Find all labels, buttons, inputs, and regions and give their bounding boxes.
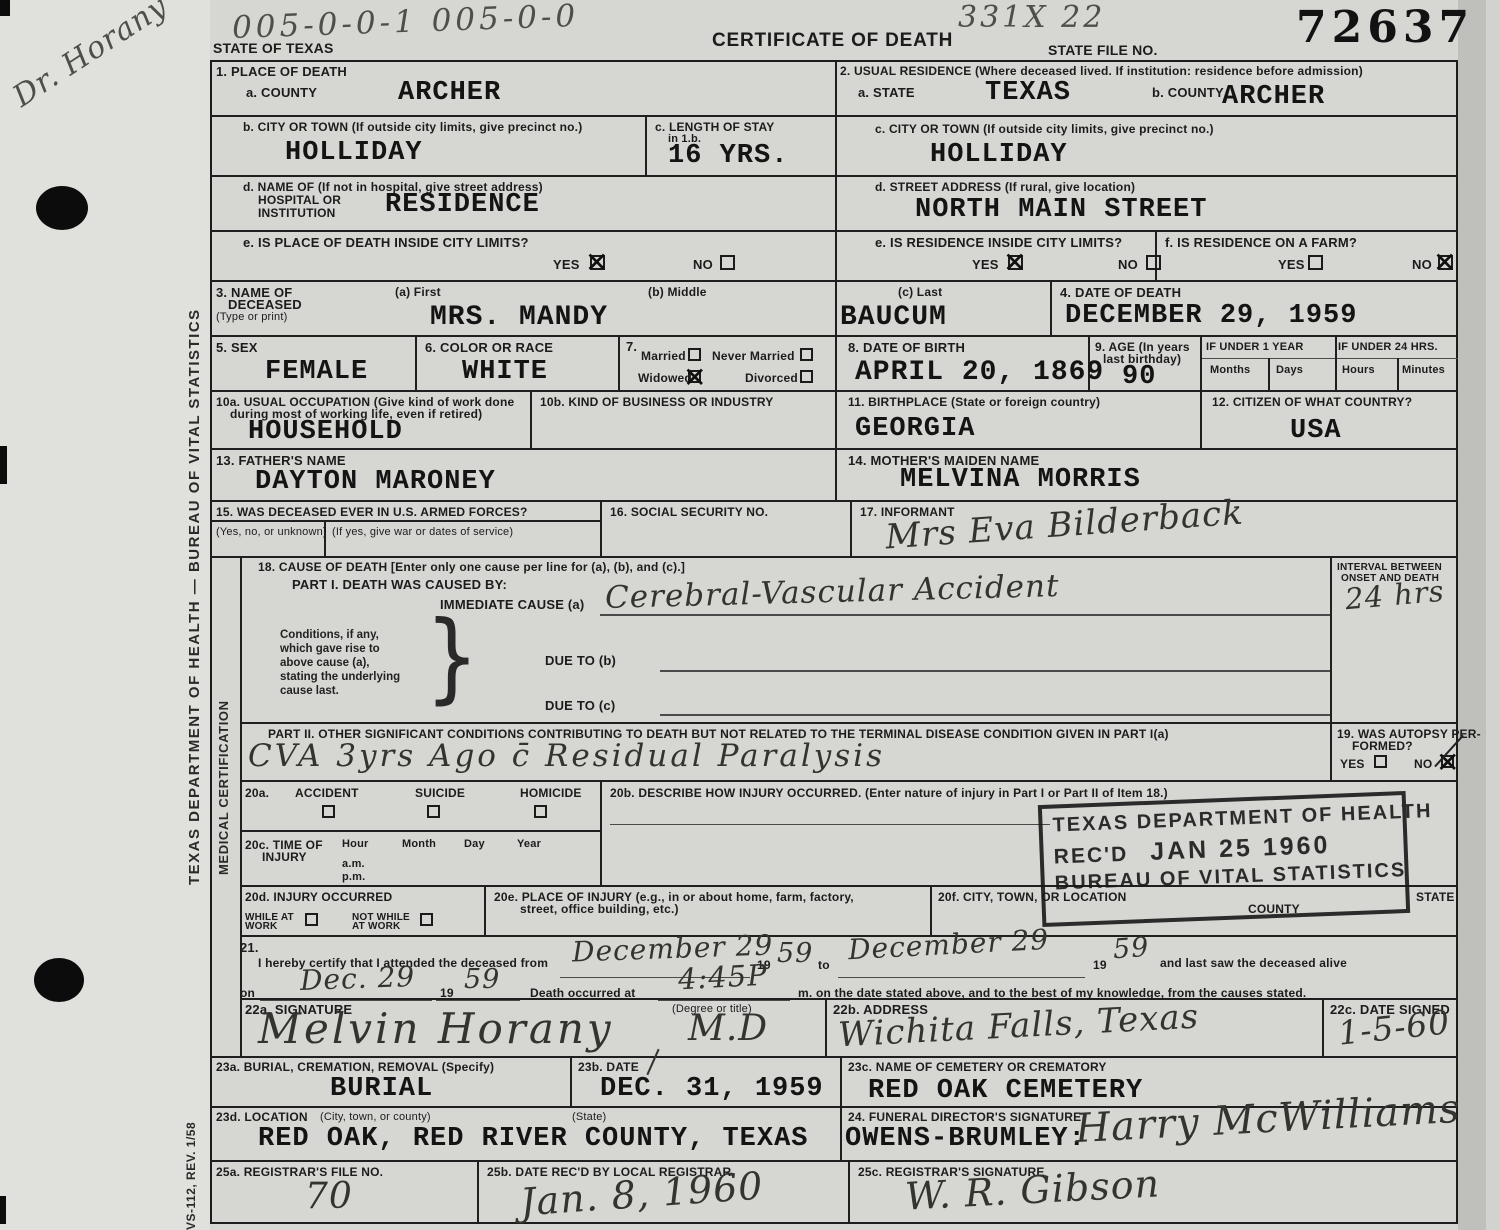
homicide-label: HOMICIDE <box>520 786 582 800</box>
state-column-label: STATE <box>1416 890 1455 904</box>
death-limits-yes-checkbox <box>590 255 605 270</box>
last-name-label: (c) Last <box>898 285 942 299</box>
form-code: VS-112, REV. 1/58 <box>184 1090 198 1230</box>
yes-label: YES <box>972 257 999 272</box>
burial-value: BURIAL <box>330 1074 433 1104</box>
street-label: d. STREET ADDRESS (If rural, give locati… <box>875 180 1135 194</box>
no-label: NO <box>1414 757 1432 771</box>
hospital-value: RESIDENCE <box>385 190 540 220</box>
date-of-birth-label: 8. DATE OF BIRTH <box>848 340 965 355</box>
res-county-label: b. COUNTY <box>1152 85 1224 100</box>
res-city-value: HOLLIDAY <box>930 140 1068 170</box>
rule <box>210 175 1458 177</box>
rule <box>660 670 1330 672</box>
rule <box>210 500 1458 502</box>
days-label: Days <box>1276 364 1303 376</box>
farm-no-checkbox <box>1438 255 1453 270</box>
rule <box>210 1056 1458 1058</box>
place-of-death-label: 1. PLACE OF DEATH <box>216 64 347 79</box>
autopsy-label2: FORMED? <box>1352 739 1413 753</box>
item-20a-number: 20a. <box>245 786 269 800</box>
physician-signature: Melvin Horany <box>258 1004 614 1053</box>
state-file-no-label: STATE FILE NO. <box>1048 42 1158 58</box>
stamp-recd: REC'D <box>1053 843 1128 870</box>
rule <box>1397 358 1399 390</box>
race-label: 6. COLOR OR RACE <box>425 340 553 355</box>
accident-checkbox <box>322 805 335 818</box>
first-name-label: (a) First <box>395 285 441 299</box>
state-of-texas-label: STATE OF TEXAS <box>213 40 334 56</box>
months-label: Months <box>1210 364 1250 376</box>
cemetery-label: 23c. NAME OF CEMETERY OR CREMATORY <box>848 1060 1107 1074</box>
location-label: 23d. LOCATION <box>216 1110 308 1124</box>
time-of-injury-label2: INJURY <box>262 850 307 864</box>
rule <box>477 1160 479 1222</box>
item-21-number: 21. <box>240 940 259 955</box>
suicide-label: SUICIDE <box>415 786 465 800</box>
death-certificate-scan: Dr. Horany TEXAS DEPARTMENT OF HEALTH — … <box>0 0 1500 1230</box>
rule <box>1200 390 1202 448</box>
rule <box>210 390 1458 392</box>
left-vertical-agency-text: TEXAS DEPARTMENT OF HEALTH — BUREAU OF V… <box>186 195 203 885</box>
usual-residence-label: 2. USUAL RESIDENCE (Where deceased lived… <box>840 64 1363 78</box>
certify-text-3: m. on the date stated above, and to the … <box>798 986 1306 1000</box>
minutes-label: Minutes <box>1402 364 1445 376</box>
no-label: NO <box>1118 257 1138 272</box>
location-sub2: (State) <box>572 1111 606 1123</box>
to-word: to <box>818 958 830 972</box>
rule <box>1200 358 1458 359</box>
res-city-label: c. CITY OR TOWN (If outside city limits,… <box>875 122 1214 136</box>
certify-text-2: and last saw the deceased alive <box>1160 956 1347 970</box>
name-label3: (Type or print) <box>216 311 287 323</box>
medical-certification-vertical: MEDICAL CERTIFICATION <box>216 690 231 875</box>
year-2-value: 59 <box>1112 932 1150 965</box>
length-of-stay-value: 16 YRS. <box>668 141 788 171</box>
rule <box>240 830 602 832</box>
death-city-limits-label: e. IS PLACE OF DEATH INSIDE CITY LIMITS? <box>243 235 529 250</box>
hospital-label3: INSTITUTION <box>258 206 336 220</box>
yes-label: YES <box>1278 257 1305 272</box>
not-while-label2: AT WORK <box>352 921 400 932</box>
city-value: HOLLIDAY <box>285 138 423 168</box>
occupation-value: HOUSEHOLD <box>248 417 403 447</box>
armed-forces-sub1: (Yes, no, or unknown) <box>216 526 327 538</box>
conditions-note: Conditions, if any, which gave rise to a… <box>280 628 402 698</box>
rule <box>240 556 242 1056</box>
rule <box>210 115 1458 117</box>
res-limits-yes-checkbox <box>1008 255 1023 270</box>
industry-label: 10b. KIND OF BUSINESS OR INDUSTRY <box>540 395 774 409</box>
rule <box>838 977 1085 978</box>
scan-edge-mark <box>0 0 10 16</box>
under-24-hrs-label: IF UNDER 24 HRS. <box>1338 341 1438 353</box>
divorced-label: Divorced <box>745 371 798 385</box>
married-checkbox <box>688 348 701 361</box>
county-label: a. COUNTY <box>246 85 317 100</box>
scan-edge-mark <box>0 446 7 484</box>
stamp-date: JAN 25 1960 <box>1150 831 1331 867</box>
street-value: NORTH MAIN STREET <box>915 195 1207 225</box>
interval-label: INTERVAL BETWEEN <box>1337 562 1442 573</box>
registrar-file-value: 70 <box>305 1176 353 1217</box>
rule <box>1335 335 1337 390</box>
rule <box>210 280 1458 282</box>
date-of-death-label: 4. DATE OF DEATH <box>1060 285 1181 300</box>
rule <box>210 1160 1458 1162</box>
rule <box>600 500 602 556</box>
name-label2: DECEASED <box>228 297 302 312</box>
farm-yes-checkbox <box>1308 255 1323 270</box>
rule <box>1322 998 1324 1056</box>
res-county-value: ARCHER <box>1222 82 1325 112</box>
rule <box>210 556 1458 558</box>
pre-19-b: 19 <box>1093 958 1107 972</box>
sex-value: FEMALE <box>265 357 368 387</box>
citizen-label: 12. CITIZEN OF WHAT COUNTRY? <box>1212 395 1412 409</box>
part2-value: CVA 3yrs Ago c̄ Residual Paralysis <box>248 738 885 774</box>
last-name-value: BAUCUM <box>840 302 947 333</box>
handwritten-code-right: 331X 22 <box>958 0 1105 35</box>
rule <box>1268 358 1270 390</box>
burial-date-label: 23b. DATE <box>578 1060 639 1074</box>
armed-forces-label: 15. WAS DECEASED EVER IN U.S. ARMED FORC… <box>216 505 528 519</box>
location-sub1: (City, town, or county) <box>320 1111 431 1123</box>
rule <box>600 614 1330 616</box>
homicide-checkbox <box>534 805 547 818</box>
rule <box>484 885 486 935</box>
year-1-value: 59 <box>777 938 813 969</box>
death-occurred-at-label: Death occurred at <box>530 986 635 1000</box>
rule <box>850 500 852 556</box>
res-limits-label: e. IS RESIDENCE INSIDE CITY LIMITS? <box>875 235 1122 250</box>
certificate-title: CERTIFICATE OF DEATH <box>712 30 953 52</box>
father-label: 13. FATHER'S NAME <box>216 453 346 468</box>
death-limits-no-checkbox <box>720 255 735 270</box>
rule <box>1050 280 1052 335</box>
date-of-death-value: DECEMBER 29, 1959 <box>1065 301 1357 331</box>
am-label: a.m. <box>342 858 365 870</box>
suicide-checkbox <box>427 805 440 818</box>
rule <box>240 722 1458 724</box>
autopsy-yes-checkbox <box>1374 755 1387 768</box>
rule <box>1330 556 1332 780</box>
rule <box>825 998 827 1056</box>
degree-value: M.D <box>688 1008 768 1049</box>
not-while-checkbox <box>420 913 433 926</box>
while-at-work-checkbox <box>305 913 318 926</box>
rule <box>260 1000 432 1001</box>
father-value: DAYTON MARONEY <box>255 467 496 497</box>
rule <box>618 335 620 390</box>
no-label: NO <box>1412 257 1432 272</box>
marital-number: 7. <box>626 339 637 354</box>
rule <box>610 824 1050 825</box>
scan-edge-mark <box>0 1196 6 1224</box>
month-label: Month <box>402 838 436 850</box>
middle-name-label: (b) Middle <box>648 285 707 299</box>
describe-injury-label: 20b. DESCRIBE HOW INJURY OCCURRED. (Ente… <box>610 786 1168 800</box>
due-to-b-label: DUE TO (b) <box>545 653 616 668</box>
hours-label: Hours <box>1342 364 1375 376</box>
location-value: RED OAK, RED RIVER COUNTY, TEXAS <box>258 1124 808 1154</box>
while-at-work-label2: WORK <box>245 921 277 932</box>
rule <box>530 390 532 448</box>
ssn-label: 16. SOCIAL SECURITY NO. <box>610 505 768 519</box>
date-of-birth-value: APRIL 20, 1869 <box>855 357 1104 388</box>
burial-date-value: DEC. 31, 1959 <box>600 1074 824 1104</box>
never-married-checkbox <box>800 348 813 361</box>
yes-label: YES <box>1340 757 1365 771</box>
brace-glyph: } <box>425 601 479 715</box>
year-label: Year <box>517 838 541 850</box>
citizen-value: USA <box>1290 416 1342 446</box>
rule <box>645 115 647 175</box>
rule <box>240 780 1458 782</box>
registrar-file-label: 25a. REGISTRAR'S FILE NO. <box>216 1165 383 1179</box>
rule <box>660 714 1330 716</box>
rule <box>658 1000 790 1001</box>
burial-label: 23a. BURIAL, CREMATION, REMOVAL (Specify… <box>216 1060 494 1074</box>
rule <box>835 60 837 500</box>
cemetery-value: RED OAK CEMETERY <box>868 1076 1143 1106</box>
funeral-director-label: 24. FUNERAL DIRECTOR'S SIGNATURE <box>848 1110 1081 1124</box>
hour-label: Hour <box>342 838 368 850</box>
punch-hole <box>36 186 88 230</box>
due-to-c-label: DUE TO (c) <box>545 698 615 713</box>
rule <box>210 520 600 522</box>
punch-hole <box>34 958 84 1002</box>
city-label: b. CITY OR TOWN (If outside city limits,… <box>243 120 582 134</box>
birthplace-label: 11. BIRTHPLACE (State or foreign country… <box>848 395 1100 409</box>
first-name-value: MRS. MANDY <box>430 302 608 333</box>
cause-of-death-label: 18. CAUSE OF DEATH [Enter only one cause… <box>258 560 685 574</box>
never-married-label: Never Married <box>712 349 795 363</box>
last-seen-date-value: Dec. 29 <box>299 960 415 997</box>
state-value: TEXAS <box>985 78 1071 108</box>
county-value: ARCHER <box>398 78 501 108</box>
rule <box>436 1000 520 1001</box>
left-margin <box>0 0 210 1230</box>
armed-forces-sub2: (If yes, give war or dates of service) <box>332 526 513 538</box>
rule <box>210 448 1458 450</box>
length-of-stay-label: c. LENGTH OF STAY <box>655 120 774 134</box>
rule <box>840 1056 842 1160</box>
rule <box>848 1160 850 1222</box>
rule <box>1200 335 1202 390</box>
sex-label: 5. SEX <box>216 340 258 355</box>
pm-label: p.m. <box>342 871 365 883</box>
state-file-number: 72637 <box>1296 2 1474 53</box>
married-label: Married <box>641 349 686 363</box>
received-stamp: TEXAS DEPARTMENT OF HEALTH REC'D JAN 25 … <box>1038 791 1410 927</box>
rule <box>570 1056 572 1106</box>
right-scan-edge <box>1486 0 1500 1230</box>
divorced-checkbox <box>800 370 813 383</box>
under-1-year-label: IF UNDER 1 YEAR <box>1206 341 1304 353</box>
age-value: 90 <box>1122 362 1156 392</box>
accident-label: ACCIDENT <box>295 786 359 800</box>
rule <box>210 230 1458 232</box>
rule <box>415 335 417 390</box>
state-label: a. STATE <box>858 85 915 100</box>
day-label: Day <box>464 838 485 850</box>
mother-value: MELVINA MORRIS <box>900 465 1141 495</box>
year-3-value: 59 <box>464 964 500 995</box>
widowed-checkbox <box>688 370 701 383</box>
place-of-injury-label2: street, office building, etc.) <box>520 902 679 916</box>
pre-19-c: 19 <box>440 986 454 1000</box>
hospital-label2: HOSPITAL OR <box>258 193 341 207</box>
rule <box>210 335 1458 337</box>
part1-label: PART I. DEATH WAS CAUSED BY: <box>292 577 507 592</box>
injury-occurred-label: 20d. INJURY OCCURRED <box>245 890 392 904</box>
farm-label: f. IS RESIDENCE ON A FARM? <box>1165 235 1357 250</box>
time-of-death-value: 4:45P <box>677 958 768 997</box>
yes-label: YES <box>553 257 580 272</box>
rule <box>930 885 932 935</box>
funeral-home-value: OWENS-BRUMLEY: <box>845 1124 1086 1154</box>
on-word: on <box>240 986 255 1000</box>
race-value: WHITE <box>462 357 548 387</box>
rule <box>600 780 602 885</box>
no-label: NO <box>693 257 713 272</box>
res-limits-no-checkbox <box>1146 255 1161 270</box>
birthplace-value: GEORGIA <box>855 414 975 444</box>
